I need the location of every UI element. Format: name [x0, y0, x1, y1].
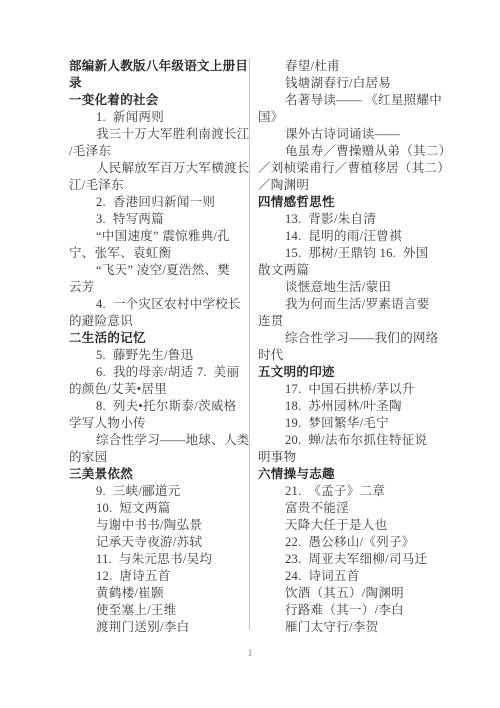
toc-line: 明事物 [258, 449, 458, 466]
toc-line: 综合性学习——我们的网络 [258, 330, 458, 347]
toc-heading-line: 三美景依然 [69, 466, 251, 483]
toc-line: 宁、张军、袁虹衡 [69, 245, 251, 262]
toc-line: 22. 愚公移山/《列子》 [258, 534, 458, 551]
toc-line: 饮酒（其五）/陶渊明 [258, 585, 458, 602]
toc-line: 江/毛泽东 [69, 177, 251, 194]
toc-line: 11. 与朱元思书/吴均 [69, 551, 251, 568]
toc-heading-line: 部编新人教版八年级语文上册目 [69, 58, 251, 75]
toc-line: 3. 特写两篇 [69, 211, 251, 228]
toc-line: /毛泽东 [69, 143, 251, 160]
toc-line: 散文两篇 [258, 262, 458, 279]
toc-heading-line: 五文明的印迹 [258, 364, 458, 381]
toc-line: 5. 藤野先生/鲁迅 [69, 347, 251, 364]
toc-line: 时代 [258, 347, 458, 364]
toc-line: 6. 我的母亲/胡适 7. 美丽 [69, 364, 251, 381]
toc-line: 使至塞上/王维 [69, 602, 251, 619]
toc-line: 富贵不能淫 [258, 500, 458, 517]
toc-line: 13. 背影/朱自清 [258, 211, 458, 228]
toc-line: 名著导读—— 《红星照耀中 [258, 92, 458, 109]
toc-line: 学写人物小传 [69, 415, 251, 432]
toc-column-right: 春望/杜甫钱塘湖春行/白居易名著导读—— 《红星照耀中国》课外古诗词诵读——龟虽… [258, 58, 458, 636]
toc-line: 行路难（其一）/李白 [258, 602, 458, 619]
toc-line: 的颜色/艾芙•居里 [69, 381, 251, 398]
toc-line: 与谢中书书/陶弘景 [69, 517, 251, 534]
toc-line: 14. 昆明的雨/汪曾祺 [258, 228, 458, 245]
toc-line: 我三十万大军胜利南渡长江 [69, 126, 251, 143]
toc-line: 渡荆门送别/李白 [69, 619, 251, 636]
toc-line: 18. 苏州园林/叶圣陶 [258, 398, 458, 415]
toc-line: 的家园 [69, 449, 251, 466]
toc-line: 课外古诗词诵读—— [258, 126, 458, 143]
toc-line: 雁门太守行/李贺 [258, 619, 458, 636]
toc-heading-line: 录 [69, 75, 251, 92]
toc-line: 天降大任于是人也 [258, 517, 458, 534]
toc-line: 人民解放军百万大军横渡长 [69, 160, 251, 177]
toc-line: 1. 新闻两则 [69, 109, 251, 126]
toc-heading-line: 二生活的记忆 [69, 330, 251, 347]
toc-line: 的避险意识 [69, 313, 251, 330]
toc-line: 12. 唐诗五首 [69, 568, 251, 585]
toc-heading-line: 一变化着的社会 [69, 92, 251, 109]
toc-line: 谈惬意地生活/蒙田 [258, 279, 458, 296]
toc-line: 9. 三峡/郦道元 [69, 483, 251, 500]
toc-line: 国》 [258, 109, 458, 126]
toc-line: 综合性学习——地球、人类 [69, 432, 251, 449]
toc-line: “飞天” 凌空/夏浩然、樊 [69, 262, 251, 279]
toc-line: 23. 周亚夫军细柳/司马迁 [258, 551, 458, 568]
toc-line: 20. 蝉/法布尔抓住特征说 [258, 432, 458, 449]
page-number: 1 [0, 648, 500, 659]
toc-line: ／刘桢梁甫行／曹植移居（其二） [258, 160, 458, 177]
toc-line: 21. 《孟子》二章 [258, 483, 458, 500]
toc-line: “中国速度” 震惊雅典/孔 [69, 228, 251, 245]
document-page: 部编新人教版八年级语文上册目录一变化着的社会1. 新闻两则我三十万大军胜利南渡长… [0, 0, 500, 708]
toc-line: 记承天寺夜游/苏轼 [69, 534, 251, 551]
toc-line: 龟虽寿／曹操赠从弟（其二） [258, 143, 458, 160]
toc-line: 24. 诗词五首 [258, 568, 458, 585]
toc-line: 连贯 [258, 313, 458, 330]
toc-line: 8. 列夫•托尔斯泰/茨威格 [69, 398, 251, 415]
column-divider [249, 58, 250, 630]
toc-line: 10. 短文两篇 [69, 500, 251, 517]
toc-line: 黄鹤楼/崔颢 [69, 585, 251, 602]
toc-line: 2. 香港回归新闻一则 [69, 194, 251, 211]
toc-line: ／陶渊明 [258, 177, 458, 194]
toc-column-left: 部编新人教版八年级语文上册目录一变化着的社会1. 新闻两则我三十万大军胜利南渡长… [69, 58, 251, 636]
toc-line: 4. 一个灾区农村中学校长 [69, 296, 251, 313]
toc-line: 我为何而生活/罗素语言要 [258, 296, 458, 313]
toc-heading-line: 四情感哲思性 [258, 194, 458, 211]
toc-line: 17. 中国石拱桥/茅以升 [258, 381, 458, 398]
toc-line: 春望/杜甫 [258, 58, 458, 75]
toc-line: 钱塘湖春行/白居易 [258, 75, 458, 92]
toc-line: 15. 那树/王鼎钧 16. 外国 [258, 245, 458, 262]
toc-line: 19. 梦回繁华/毛宁 [258, 415, 458, 432]
toc-line: 云芳 [69, 279, 251, 296]
toc-heading-line: 六情操与志趣 [258, 466, 458, 483]
